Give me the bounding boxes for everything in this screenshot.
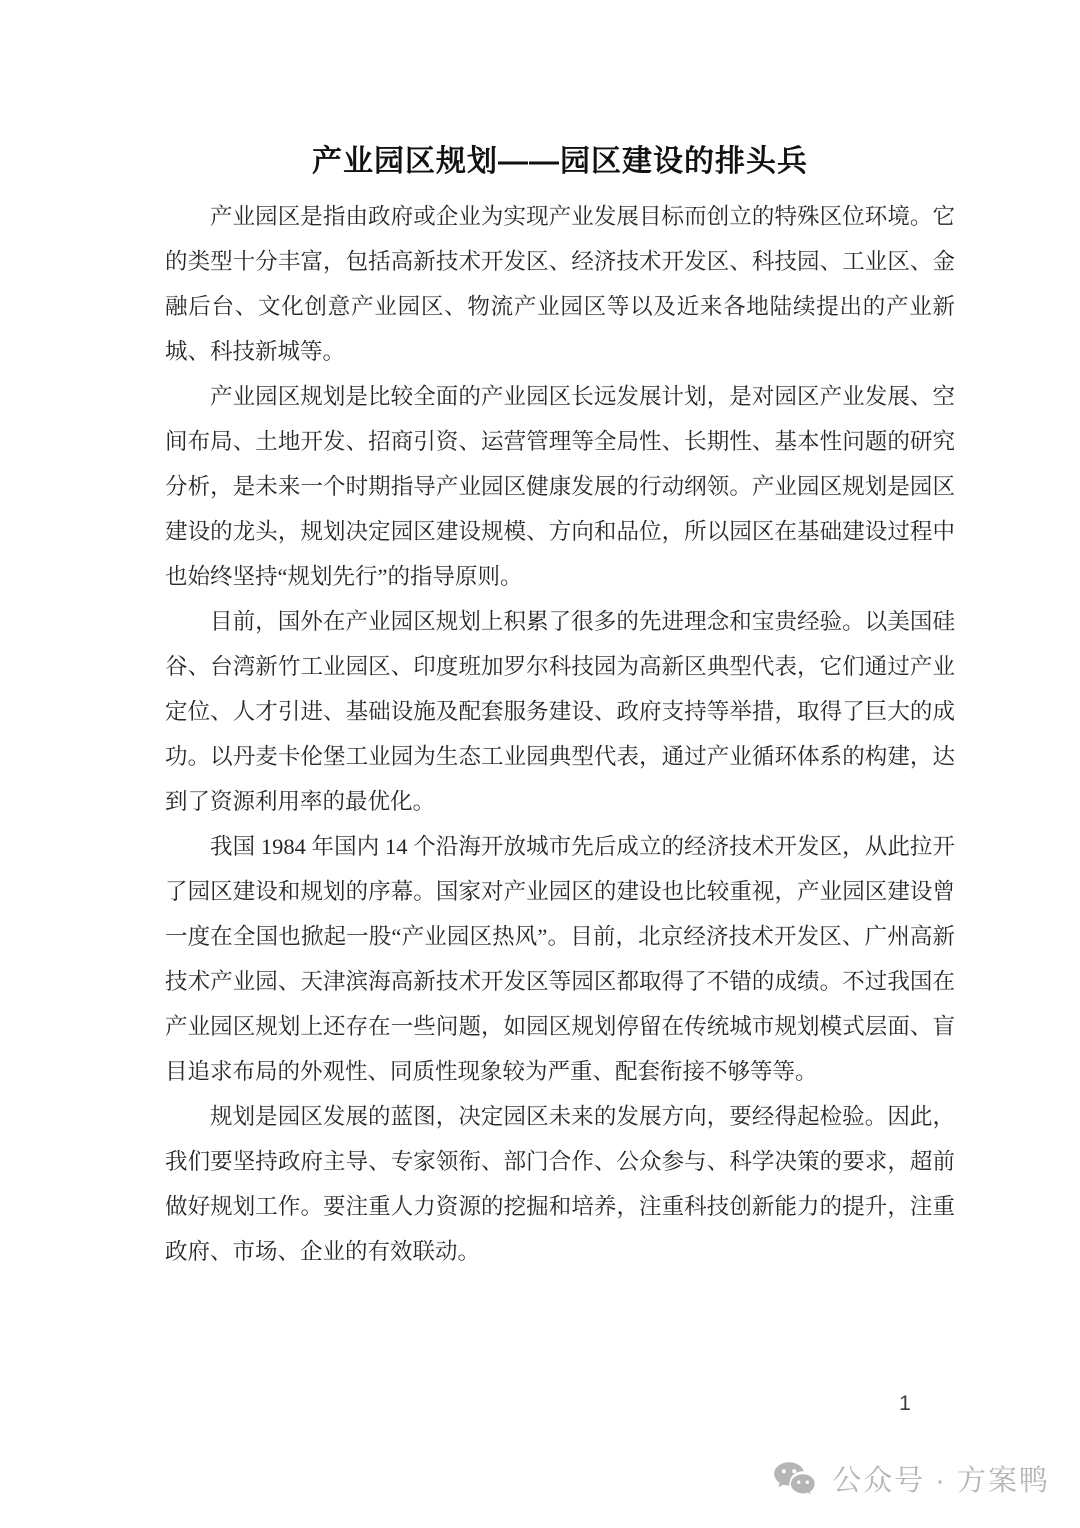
paragraph: 产业园区是指由政府或企业为实现产业发展目标而创立的特殊区位环境。它的类型十分丰富…: [165, 194, 955, 374]
wechat-icon: [772, 1461, 820, 1497]
watermark: 公众号 · 方案鸭: [772, 1458, 1050, 1499]
document-title: 产业园区规划——园区建设的排头兵: [165, 140, 955, 184]
document-body: 产业园区是指由政府或企业为实现产业发展目标而创立的特殊区位环境。它的类型十分丰富…: [165, 194, 955, 1274]
page-number: 1: [870, 1392, 940, 1416]
paragraph: 规划是园区发展的蓝图，决定园区未来的发展方向，要经得起检验。因此，我们要坚持政府…: [165, 1094, 955, 1274]
paragraph: 产业园区规划是比较全面的产业园区长远发展计划，是对园区产业发展、空间布局、土地开…: [165, 374, 955, 599]
paragraph: 我国 1984 年国内 14 个沿海开放城市先后成立的经济技术开发区，从此拉开了…: [165, 824, 955, 1094]
paragraph: 目前，国外在产业园区规划上积累了很多的先进理念和宝贵经验。以美国硅谷、台湾新竹工…: [165, 599, 955, 824]
document-page: 产业园区规划——园区建设的排头兵 产业园区是指由政府或企业为实现产业发展目标而创…: [0, 0, 1080, 1528]
watermark-label: 公众号 · 方案鸭: [832, 1458, 1050, 1499]
